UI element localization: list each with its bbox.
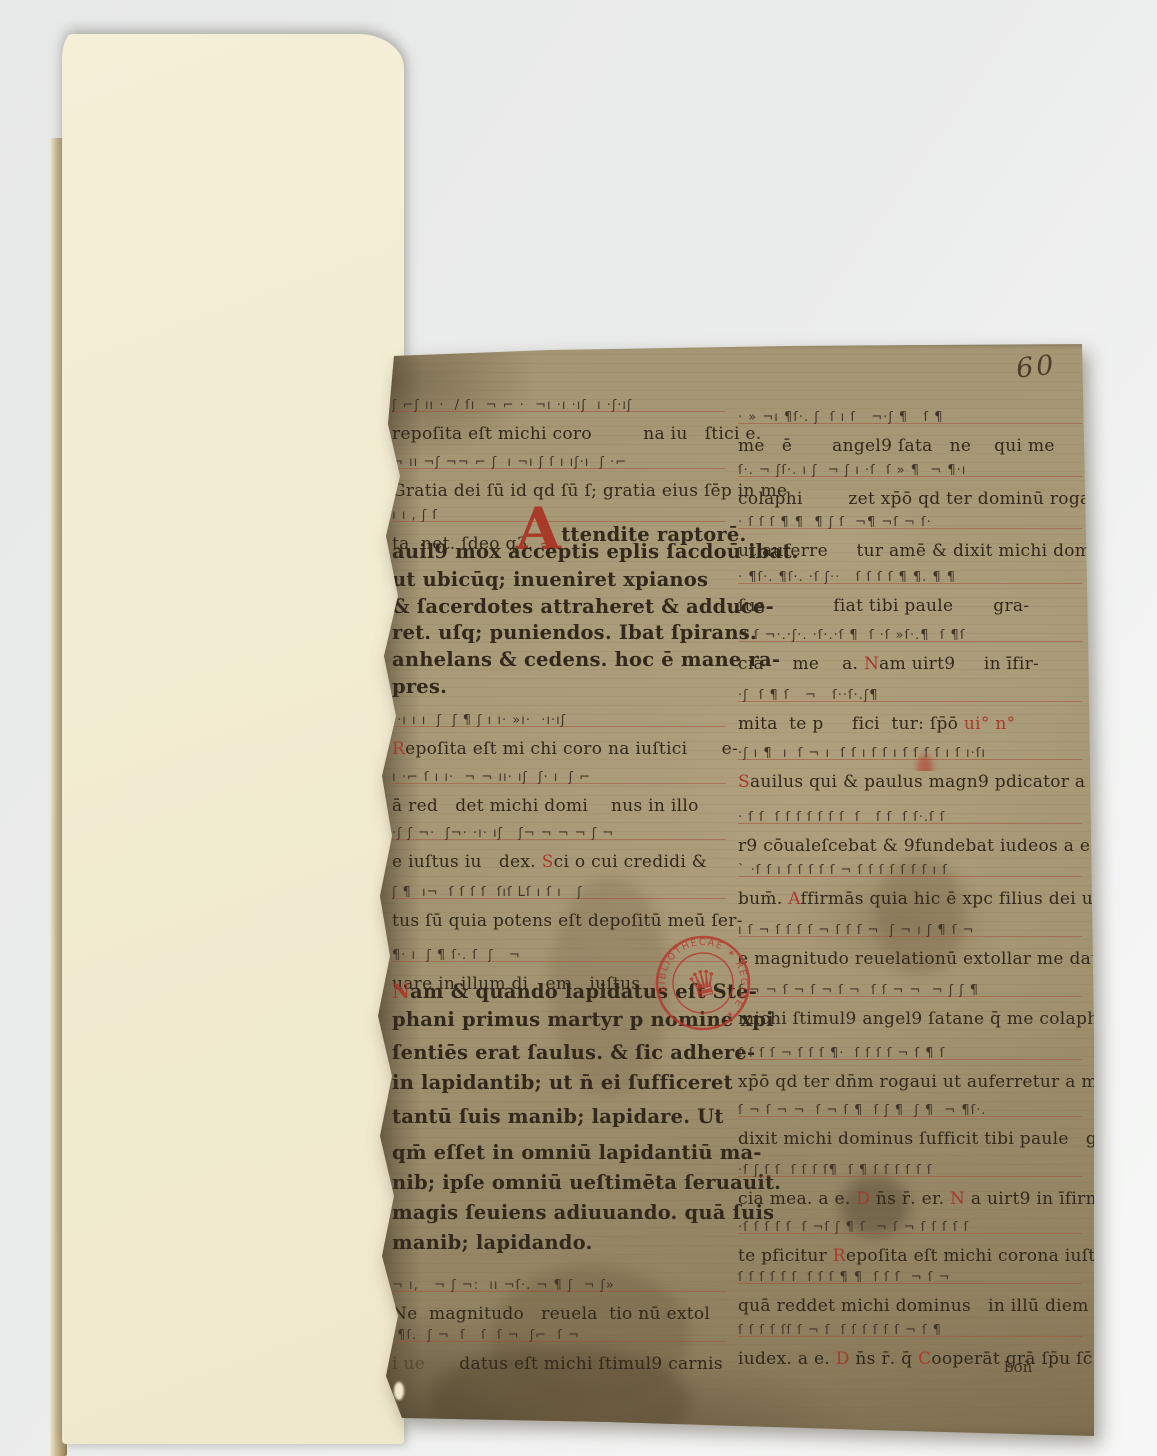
manuscript-line: ſ ¬ ſ ¬ ¬ ſ ¬ ſ ¶ ſ ʃ ¶ ʃ ¶ ¬ ¶ſ·. dixit… bbox=[738, 1096, 1082, 1150]
text-row: repoſita eſt michi coro na iu ſtici e. bbox=[392, 423, 726, 445]
manuscript-line: ʃ ⌐ʃ ıı · / ſı ¬ ⌐ · ¬ı ·ı ·ıʃ ı ·ʃ·ıʃ r… bbox=[392, 391, 726, 445]
manuscript-line: in lapidantib; ut n̄ ei ſufficeret bbox=[392, 1071, 726, 1095]
manuscript-line: & ſacerdotes attraheret & adduce- bbox=[392, 595, 726, 619]
manuscript-line: ·ſ ſ ¬·.·ʃ·. ·ſ·.·ſ ¶ ſ ·ſ »ſ·.¶ ſ ¶ſ ci… bbox=[738, 621, 1082, 675]
text-row: Repoſita eſt mi chi coro na iuſtici e- bbox=[392, 738, 726, 760]
neume-row: ·ı ı ı ʃ ʃ ¶ ʃ ı ı· »ı· ·ı·ıʃ bbox=[392, 706, 726, 738]
neume-row: ` ·ſ ſ ı ſ ſ ſ ſ ſ ¬ ſ ſ ſ ſ ſ ſ ſ ı ſ bbox=[738, 856, 1082, 888]
text-row: magis ſeuiens adiuuando. quā ſuis bbox=[392, 1201, 726, 1225]
text-row: ret. uſq; puniendos. Ibat ſpirans. bbox=[392, 621, 726, 645]
text-row: in lapidantib; ut n̄ ei ſufficeret bbox=[392, 1071, 726, 1095]
manuscript-line: ʃ ¶ ı¬ ſ ſ ſ ſ ſıſ Lſ ı ſ ı ʃ tus ſū qui… bbox=[392, 878, 726, 932]
text-row: dixit michi dominus ſufficit tibi paule … bbox=[738, 1128, 1082, 1150]
neume-row: ·ſ ſ ſ ſ ſ ſ ¬ſ ʃ ¶ ſ ¬ ſ ¬ ſ ſ ſ ſ ſ bbox=[738, 1213, 1082, 1245]
text-row: ut auferre tur amē & dixit michi domin- bbox=[738, 540, 1082, 562]
manuscript-line: nib; ipſe omniū ueſtimēta ſeruauit. bbox=[392, 1171, 726, 1195]
text-row: ā red det michi domi nus in illo bbox=[392, 795, 726, 817]
manuscript-line: anhelans & cedens. hoc ē mane ra- bbox=[392, 648, 726, 672]
text-row: michi ſtimul9 angel9 ſatane q̄ me colaph… bbox=[738, 1008, 1082, 1030]
manuscript-line: ·ʃ ʃ ¬· ʃ¬· ·ı· ıʃ ʃ¬ ¬ ¬ ¬ ʃ ¬ e iuſtus… bbox=[392, 819, 726, 873]
manuscript-line: ı ·⌐ ſ ı ı· ¬ ¬ ıı· ıʃ ʃ· ı ʃ ⌐ ā red de… bbox=[392, 763, 726, 817]
tear-fleck bbox=[384, 482, 391, 492]
left-text-column: ʃ ⌐ʃ ıı · / ſı ¬ ⌐ · ¬ı ·ı ·ıʃ ı ·ʃ·ıʃ r… bbox=[392, 336, 726, 1436]
neume-row: ſ ſ ſ ſ ſſ ſ ¬ ſ ſ ſ ſ ſ ſ ſ ¬ ſ ¶ bbox=[738, 1316, 1082, 1348]
text-row: pres. bbox=[392, 675, 726, 699]
manuscript-line: ut ubicūq; inueniret xpianos bbox=[392, 568, 726, 592]
text-row: xp̄ō qd ter dn̄m rogaui ut auferretur a … bbox=[738, 1071, 1082, 1093]
neume-row: · » ¬ı ¶ſ·. ʃ ſ ı ſ ¬·ʃ ¶ ſ ¶ bbox=[738, 403, 1082, 435]
neume-row: ·ſ ſ ¬·.·ʃ·. ·ſ·.·ſ ¶ ſ ·ſ »ſ·.¶ ſ ¶ſ bbox=[738, 621, 1082, 653]
text-row: e magnitudo reuelationū extollar me dat9… bbox=[738, 948, 1082, 970]
manuscript-line: ret. uſq; puniendos. Ibat ſpirans. bbox=[392, 621, 726, 645]
manuscript-line: ` ·ſ ſ ı ſ ſ ſ ſ ſ ¬ ſ ſ ſ ſ ſ ſ ſ ı ſ b… bbox=[738, 856, 1082, 910]
manuscript-line: · ſ ſ ſ ſ ſ ſ ſ ſ ſ ſ ſ ſ ſ ſ·.ſ ſ r9 cō… bbox=[738, 803, 1082, 857]
catchword: bon̄ bbox=[1004, 1358, 1032, 1376]
manuscript-line: · » ¬ı ¶ſ·. ʃ ſ ı ſ ¬·ʃ ¶ ſ ¶ me ē angel… bbox=[738, 403, 1082, 457]
text-row: cia mea. a e. D n̄s r̄. er. N a uirt9 in… bbox=[738, 1188, 1082, 1210]
neume-row: ·ʃ ſ ¶ ſ ¬ ſ··ſ·.ʃ¶ bbox=[738, 681, 1082, 713]
manuscript-line: ſ·. ¬ ʃſ·. ı ʃ ¬ ʃ ı ·ſ ſ » ¶ ¬ ¶·ı cola… bbox=[738, 456, 1082, 510]
manuscript-line: pres. bbox=[392, 675, 726, 699]
page-edge bbox=[1094, 336, 1106, 1456]
neume-row: · ſ ſ ſ ¶ ¶ ¶ ʃ ſ ¬¶ ¬ſ ¬ ſ· bbox=[738, 508, 1082, 540]
parchment-folio: 60 ʃ ⌐ʃ ıı · / ſı ¬ ⌐ · ¬ı ·ı ·ıʃ ı ·ʃ·ı… bbox=[370, 336, 1106, 1456]
manuscript-line: magis ſeuiens adiuuando. quā ſuis bbox=[392, 1201, 726, 1225]
text-row: colaphi zet xp̄ō qd ter dominū rogaui bbox=[738, 488, 1082, 510]
neume-row: ·ʃ ʃ ¬· ʃ¬· ·ı· ıʃ ʃ¬ ¬ ¬ ¬ ʃ ¬ bbox=[392, 819, 726, 851]
text-row: bum̄. Affirmās quia hic ē xpc filius dei… bbox=[738, 888, 1082, 910]
manuscript-line: · ſ ſ ſ ¶ ¶ ¶ ʃ ſ ¬¶ ¬ſ ¬ ſ· ut auferre … bbox=[738, 508, 1082, 562]
parchment-folio-wrap: 60 ʃ ⌐ʃ ıı · / ſı ¬ ⌐ · ¬ı ·ı ·ıʃ ı ·ʃ·ı… bbox=[370, 336, 1106, 1456]
text-row: anhelans & cedens. hoc ē mane ra- bbox=[392, 648, 726, 672]
text-row: e iuſtus iu dex. Sci o cui credidi & bbox=[392, 851, 726, 873]
manuscript-line: ı ſ ¬ ſ ſ ſ ſ ¬ ſ ſ ſ ¬ ʃ ¬ ı ʃ ¶ ſ ¬ e … bbox=[738, 916, 1082, 970]
text-row: me ē angel9 ſata ne qui me bbox=[738, 435, 1082, 457]
manuscript-line: auil9 mox acceptis eplis ſacdoū ibat. bbox=[392, 540, 726, 564]
neume-row: ¶ſ. ʃ ¬ ſ ſ ſ ¬ ʃ⌐ ſ ¬ bbox=[392, 1321, 726, 1353]
crown-icon: ♛ bbox=[683, 961, 724, 1009]
text-row: ut ubicūq; inueniret xpianos bbox=[392, 568, 726, 592]
neume-row: ʃ ⌐ʃ ıı · / ſı ¬ ⌐ · ¬ı ·ı ·ıʃ ı ·ʃ·ıʃ bbox=[392, 391, 726, 423]
manuscript-line: ·ſ ʃ ſ ſ ſ ſ ſ ſ¶ ſ ¶ ſ ſ ſ ſ ſ ſ cia me… bbox=[738, 1156, 1082, 1210]
text-row: r9 cōualeſcebat & 9fundebat iudeos a e: … bbox=[738, 835, 1082, 857]
neume-row: ſ ¬ ſ ¬ ¬ ſ ¬ ſ ¶ ſ ʃ ¶ ʃ ¶ ¬ ¶ſ·. bbox=[738, 1096, 1082, 1128]
text-row: cia me a. Nam uirt9 in īfir- bbox=[738, 653, 1082, 675]
text-row: mita te p fici tur: ſp̄ō ui° n° bbox=[738, 713, 1082, 735]
neume-row: ¬ ı, ¬ ʃ ¬: ıı ¬ſ·. ¬ ¶ ʃ ¬ ʃ» bbox=[392, 1271, 726, 1303]
text-row: tantū ſuis manib; lapidare. Ut bbox=[392, 1105, 726, 1129]
neume-row: ·ʃ ı ¶ ı ſ ¬ ı ſ ſ ı ſ ſ ı ſ ſ ſ ſ ı ſ ı… bbox=[738, 739, 1082, 771]
text-row: & ſacerdotes attraheret & adduce- bbox=[392, 595, 726, 619]
neume-row: ſ ¬ ¬ ſ ¬ ſ ¬ ſ ¬ ſ ſ ¬ ¬ ¬ ʃ ʃ ¶ bbox=[738, 976, 1082, 1008]
flyleaf-page bbox=[62, 34, 404, 1444]
manuscript-line: · ¶ſ·. ¶ſ·. ·ſ ʃ·· ſ ſ ſ ſ ¶ ¶. ¶ ¶ ſus … bbox=[738, 563, 1082, 617]
manuscript-line: ·ʃ ſ ¶ ſ ¬ ſ··ſ·.ʃ¶ mita te p fici tur: … bbox=[738, 681, 1082, 735]
text-row: ſus fiat tibi paule gra- bbox=[738, 595, 1082, 617]
digitized-manuscript-photo: { "page": { "background": "#ebecec" }, "… bbox=[0, 0, 1157, 1456]
neume-row: · ¶ſ·. ¶ſ·. ·ſ ʃ·· ſ ſ ſ ſ ¶ ¶. ¶ ¶ bbox=[738, 563, 1082, 595]
neume-row: ·ſ ʃ ſ ſ ſ ſ ſ ſ¶ ſ ¶ ſ ſ ſ ſ ſ ſ bbox=[738, 1156, 1082, 1188]
text-row: quā reddet michi dominus in illū diem iu… bbox=[738, 1295, 1082, 1317]
neume-row: · ſ ſ ſ ſ ſ ſ ſ ſ ſ ſ ſ ſ ſ ſ·.ſ ſ bbox=[738, 803, 1082, 835]
manuscript-line: tantū ſuis manib; lapidare. Ut bbox=[392, 1105, 726, 1129]
neume-row: ı ſ ¬ ſ ſ ſ ſ ¬ ſ ſ ſ ¬ ʃ ¬ ı ʃ ¶ ſ ¬ bbox=[738, 916, 1082, 948]
manuscript-line: ·ſ ſ ſ ſ ſ ſ ¬ſ ʃ ¶ ſ ¬ ſ ¬ ſ ſ ſ ſ ſ te… bbox=[738, 1213, 1082, 1267]
manuscript-line: ſ ſ ſ ſ ſ ſ ſ ſ ſ ¶ ¶ ſ ſ ſ ¬ ſ ¬ quā re… bbox=[738, 1263, 1082, 1317]
right-text-column: · » ¬ı ¶ſ·. ʃ ſ ı ſ ¬·ʃ ¶ ſ ¶ me ē angel… bbox=[738, 336, 1082, 1436]
manuscript-line: ·ı ı ı ʃ ʃ ¶ ʃ ı ı· »ı· ·ı·ıʃ Repoſita e… bbox=[392, 706, 726, 760]
text-row: nib; ipſe omniū ueſtimēta ſeruauit. bbox=[392, 1171, 726, 1195]
manuscript-line: ſ ſ ſ ſ ¬ ſ ſ ſ ¶· ſ ſ ſ ſ ¬ ſ ¶ ſ xp̄ō … bbox=[738, 1039, 1082, 1093]
neume-row: ¬ ıı ¬ʃ ¬¬ ⌐ ʃ ı ¬ı ʃ ſ ı ıʃ·ı ʃ ·⌐ bbox=[392, 448, 726, 480]
manuscript-line: ¬ ıı ¬ʃ ¬¬ ⌐ ʃ ı ¬ı ʃ ſ ı ıʃ·ı ʃ ·⌐ Grat… bbox=[392, 448, 726, 502]
manuscript-line: ¬ ı, ¬ ʃ ¬: ıı ¬ſ·. ¬ ¶ ʃ ¬ ʃ» Ne magnit… bbox=[392, 1271, 726, 1325]
manuscript-line: qm̄ eſſet in omniū lapidantiū ma- bbox=[392, 1141, 726, 1165]
neume-row: ſ ſ ſ ſ ſ ſ ſ ſ ſ ¶ ¶ ſ ſ ſ ¬ ſ ¬ bbox=[738, 1263, 1082, 1295]
text-row: i ue datus eſt michi ſtimul9 carnis bbox=[392, 1353, 726, 1375]
neume-row: ı ·⌐ ſ ı ı· ¬ ¬ ıı· ıʃ ʃ· ı ʃ ⌐ bbox=[392, 763, 726, 795]
manuscript-line: ·ʃ ı ¶ ı ſ ¬ ı ſ ſ ı ſ ſ ı ſ ſ ſ ſ ı ſ ı… bbox=[738, 739, 1082, 793]
text-row: manib; lapidando. bbox=[392, 1231, 726, 1255]
text-row: auil9 mox acceptis eplis ſacdoū ibat. bbox=[392, 540, 726, 564]
neume-row: ſ·. ¬ ʃſ·. ı ʃ ¬ ʃ ı ·ſ ſ » ¶ ¬ ¶·ı bbox=[738, 456, 1082, 488]
neume-row: ſ ſ ſ ſ ¬ ſ ſ ſ ¶· ſ ſ ſ ſ ¬ ſ ¶ ſ bbox=[738, 1039, 1082, 1071]
text-row: Sauilus qui & paulus magn9 pdicator a de… bbox=[738, 771, 1082, 793]
manuscript-line: ſ ¬ ¬ ſ ¬ ſ ¬ ſ ¬ ſ ſ ¬ ¬ ¬ ʃ ʃ ¶ michi … bbox=[738, 976, 1082, 1030]
manuscript-line: ¶ſ. ʃ ¬ ſ ſ ſ ¬ ʃ⌐ ſ ¬ i ue datus eſt mi… bbox=[392, 1321, 726, 1375]
text-row: qm̄ eſſet in omniū lapidantiū ma- bbox=[392, 1141, 726, 1165]
manuscript-line: manib; lapidando. bbox=[392, 1231, 726, 1255]
neume-row: ʃ ¶ ı¬ ſ ſ ſ ſ ſıſ Lſ ı ſ ı ʃ bbox=[392, 878, 726, 910]
